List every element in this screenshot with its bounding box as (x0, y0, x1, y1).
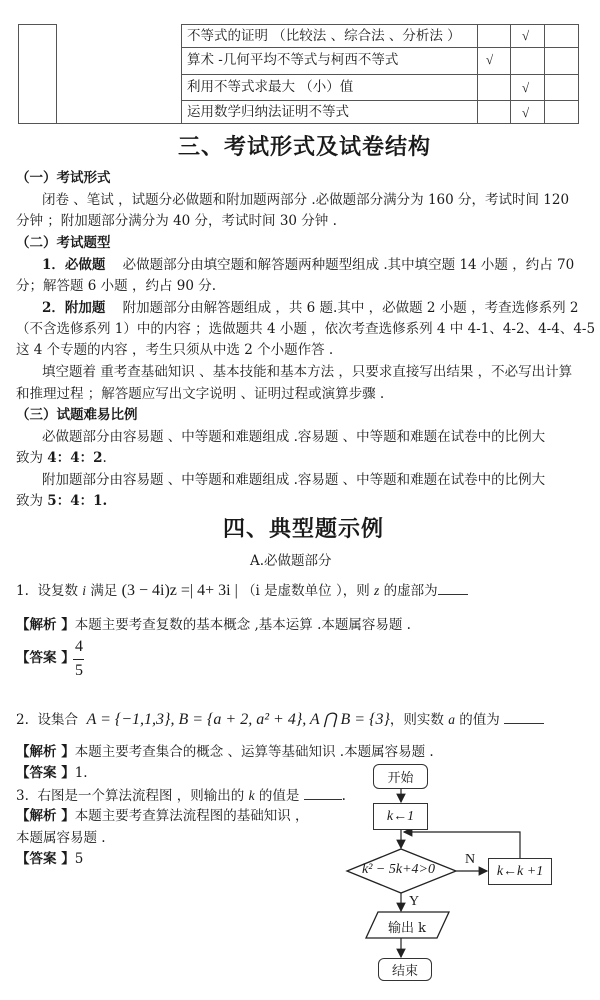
flowchart-start: 开始 (373, 764, 428, 789)
flowchart-output: 输出 k (388, 917, 426, 936)
flowchart-yes-label: Y (409, 894, 419, 910)
flowchart-connectors (0, 0, 600, 1000)
flowchart-increment: k←k +1 (488, 858, 552, 885)
flowchart-end: 结束 (378, 958, 432, 981)
flowchart-init: k←1 (373, 803, 428, 830)
flowchart-no-label: N (465, 852, 475, 868)
flowchart-condition: k² − 5k+4>0 (362, 862, 435, 878)
